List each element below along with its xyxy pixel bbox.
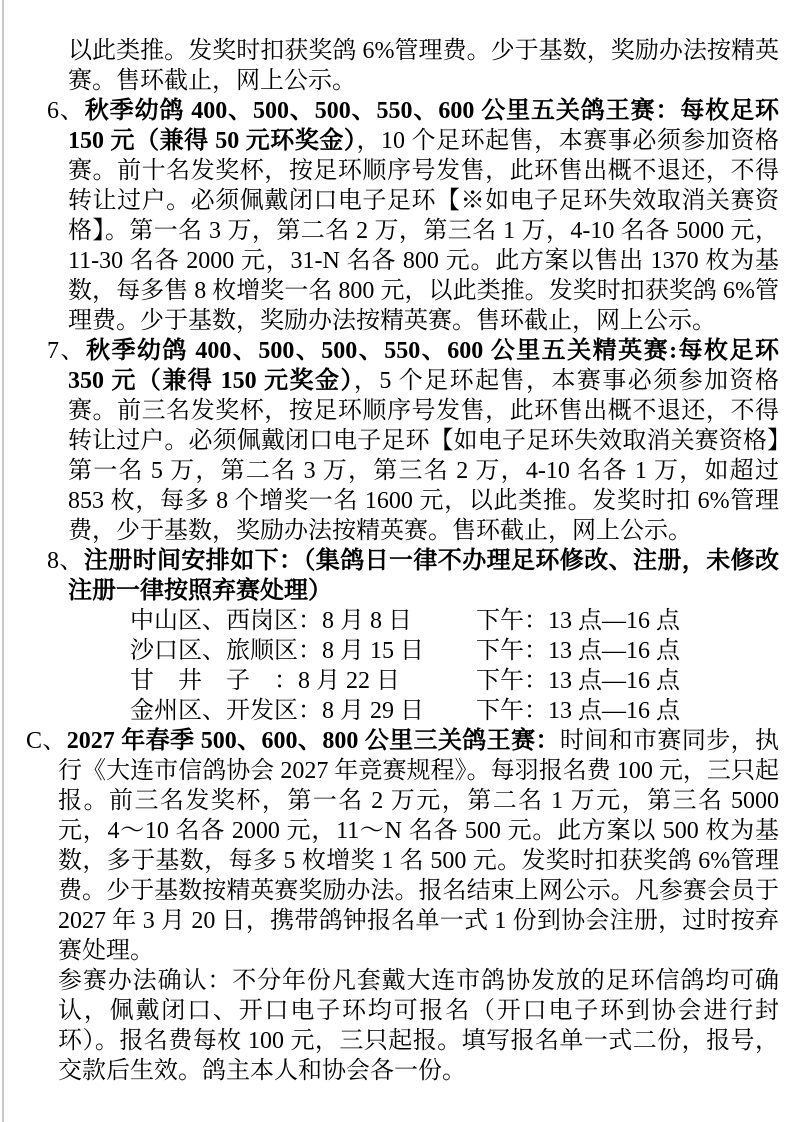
item-6-number: 6、 xyxy=(47,98,85,124)
schedule-district-date: 沙口区、旅顺区：8 月 15 日 xyxy=(130,636,476,666)
schedule-row: 金州区、开发区：8 月 29 日下午：13 点—16 点 xyxy=(130,696,779,726)
item-7-number: 7、 xyxy=(47,338,86,364)
schedule-district-date: 甘 井 子 ：8 月 22 日 xyxy=(130,666,476,696)
schedule-time: 下午：13 点—16 点 xyxy=(476,636,680,666)
schedule-district-date: 中山区、西岗区：8 月 8 日 xyxy=(130,606,476,636)
schedule-row: 中山区、西岗区：8 月 8 日下午：13 点—16 点 xyxy=(130,606,779,636)
schedule-row: 沙口区、旅顺区：8 月 15 日下午：13 点—16 点 xyxy=(130,636,779,666)
schedule-time: 下午：13 点—16 点 xyxy=(476,696,680,726)
item-6: 6、秋季幼鸽 400、500、500、550、600 公里五关鸽王赛：每枚足环 … xyxy=(0,96,779,336)
item-8-title: 注册时间安排如下：（集鸽日一律不办理足环修改、注册，未修改注册一律按照弃赛处理） xyxy=(68,548,779,604)
schedule-time: 下午：13 点—16 点 xyxy=(476,666,680,696)
section-c: C、2027 年春季 500、600、800 公里三关鸽王赛：时间和市赛同步，执… xyxy=(0,726,779,966)
item-7: 7、秋季幼鸽 400、500、500、550、600 公里五关精英赛:每枚足环 … xyxy=(0,336,779,546)
item-8-number: 8、 xyxy=(47,548,84,574)
paragraph-closing: 参赛办法确认：不分年份凡套戴大连市鸽协发放的足环信鸽均可确认，佩戴闭口、开口电子… xyxy=(58,966,779,1086)
section-c-title: 2027 年春季 500、600、800 公里三关鸽王赛： xyxy=(67,728,560,754)
schedule-district-date: 金州区、开发区：8 月 29 日 xyxy=(130,696,476,726)
schedule-row: 甘 井 子 ：8 月 22 日下午：13 点—16 点 xyxy=(130,666,779,696)
item-7-body: ，5 个足环起售，本赛事必须参加资格赛。前三名发奖杯，按足环顺序号发售，此环售出… xyxy=(68,368,779,544)
scan-edge-artifact xyxy=(2,0,4,1122)
paragraph-intro: 以此类推。发奖时扣获奖鸽 6%管理费。少于基数，奖励办法按精英赛。售环截止，网上… xyxy=(68,36,779,96)
section-c-label: C、 xyxy=(26,728,67,754)
item-8: 8、注册时间安排如下：（集鸽日一律不办理足环修改、注册，未修改注册一律按照弃赛处… xyxy=(0,546,779,606)
section-c-body: 时间和市赛同步，执行《大连市信鸽协会 2027 年竞赛规程》。每羽报名费 100… xyxy=(58,728,779,964)
registration-schedule: 中山区、西岗区：8 月 8 日下午：13 点—16 点 沙口区、旅顺区：8 月 … xyxy=(130,606,779,726)
document-page: 以此类推。发奖时扣获奖鸽 6%管理费。少于基数，奖励办法按精英赛。售环截止，网上… xyxy=(0,0,793,1122)
item-6-body: ，10 个足环起售，本赛事必须参加资格赛。前十名发奖杯，按足环顺序号发售，此环售… xyxy=(68,128,779,334)
schedule-time: 下午：13 点—16 点 xyxy=(476,606,680,636)
